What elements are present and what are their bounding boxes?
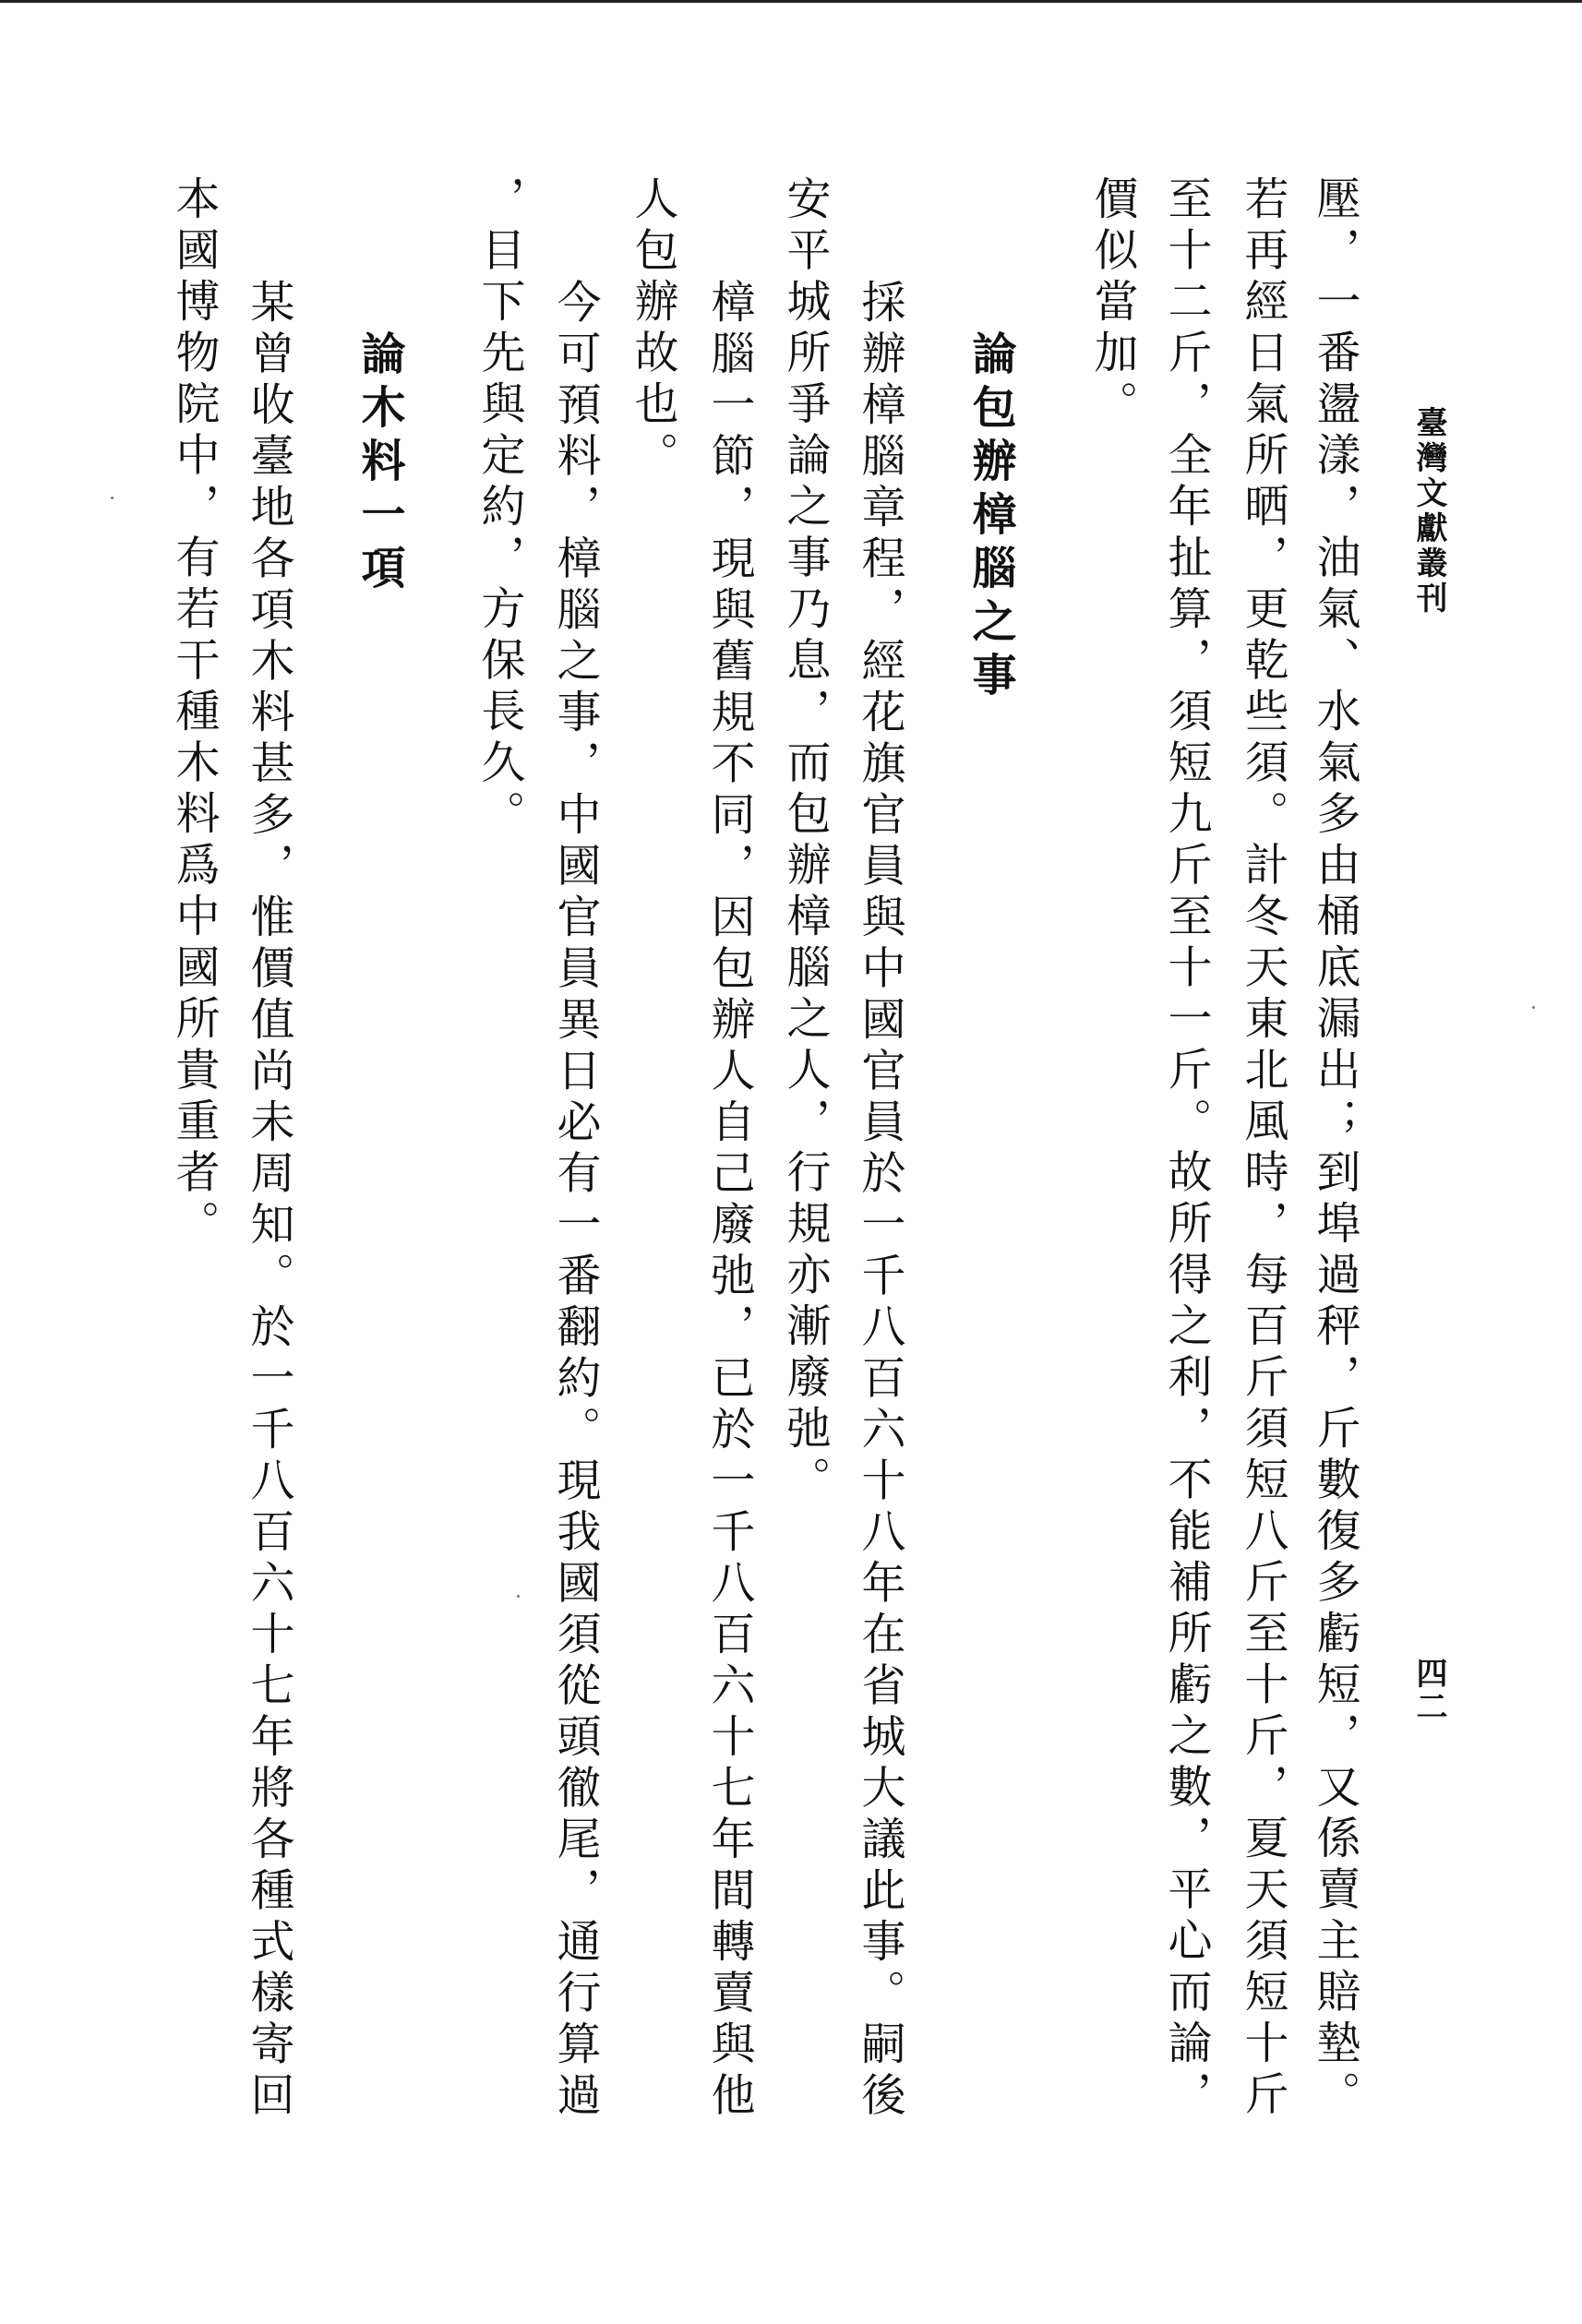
scan-speck	[1532, 1006, 1535, 1009]
text-column: 安平城所爭論之事乃息，而包辦樟腦之人，行規亦漸廢弛。	[777, 175, 833, 1507]
section-heading: 論包辦樟腦之事	[963, 330, 1018, 705]
series-title: 臺灣文獻叢刊	[1408, 406, 1449, 617]
scan-top-border	[0, 0, 1582, 3]
text-column: 壓，一番盪漾，油氣、水氣多由桶底漏出；到埠過秤，斤數復多虧短，又係賣主賠墊。	[1307, 175, 1362, 2122]
text-column: 今可預料，樟腦之事，中國官員異日必有一番翻約。現我國須從頭徹尾，通行算過	[547, 279, 603, 2123]
text-column: 本國博物院中，有若干種木料爲中國所貴重者。	[166, 175, 222, 1252]
text-column: 採辦樟腦章程，經花旗官員與中國官員於一千八百六十八年在省城大議此事。嗣後	[852, 279, 907, 2123]
text-column: 樟腦一節，現與舊規不同，因包辦人自己廢弛，已於一千八百六十七年間轉賣與他	[701, 279, 757, 2123]
page-number: 四二	[1408, 1657, 1449, 1723]
text-column: 人包辦故也。	[625, 175, 680, 483]
text-column: 至十二斤，全年扯算，須短九斤至十一斤。故所得之利，不能補所虧之數，平心而論，	[1158, 175, 1214, 2122]
scan-speck	[517, 1595, 520, 1598]
text-column: ，目下先與定約，方保長久。	[472, 175, 527, 842]
text-column: 若再經日氣所晒，更乾些須。計冬天東北風時，每百斤須短八斤至十斤，夏天須短十斤	[1235, 175, 1290, 2122]
scan-speck	[111, 497, 114, 499]
section-heading: 論木料一項	[352, 330, 407, 598]
text-column: 某曾收臺地各項木料甚多，惟價值尚未周知。於一千八百六十七年將各種式樣寄回	[241, 279, 296, 2123]
text-column: 價似當加。	[1085, 175, 1140, 432]
